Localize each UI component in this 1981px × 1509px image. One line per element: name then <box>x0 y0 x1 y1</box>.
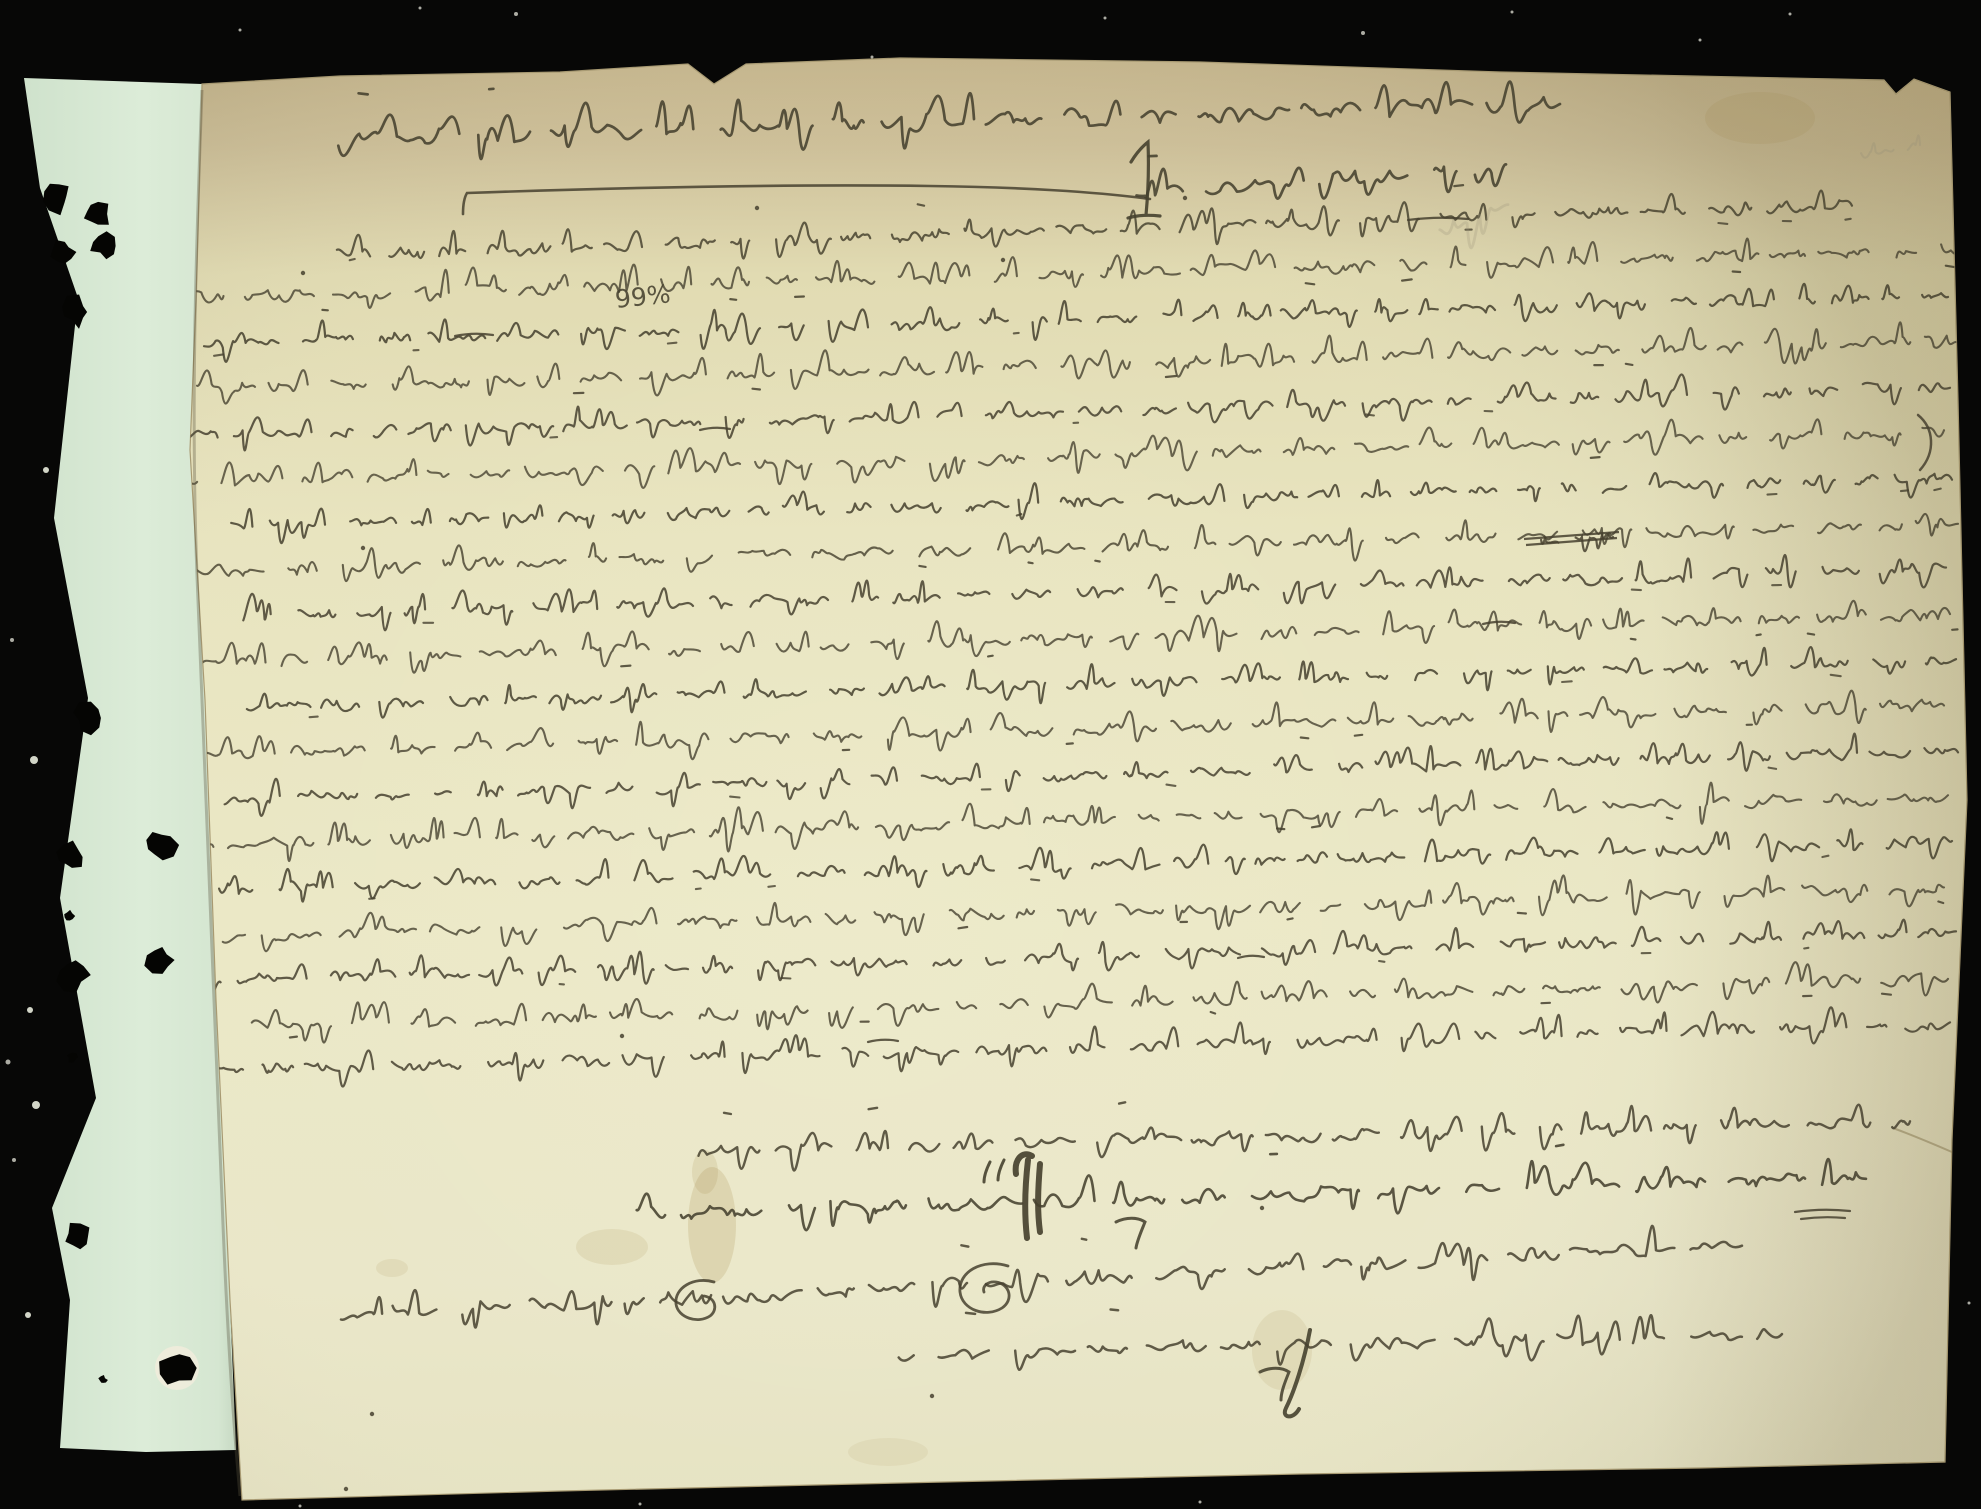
paper-edge-shading <box>190 58 1967 1500</box>
dust-speck <box>12 1158 16 1162</box>
dust-speck <box>1968 1302 1971 1305</box>
ink-stain <box>692 1150 718 1194</box>
dust-speck <box>6 1060 11 1065</box>
dust-speck <box>239 29 242 32</box>
ink-stain <box>1252 1310 1312 1390</box>
dust-speck <box>1361 31 1365 35</box>
dust-speck <box>419 7 422 10</box>
dust-speck <box>1789 13 1792 16</box>
dust-speck <box>299 1505 302 1508</box>
ink-stain <box>376 1259 408 1277</box>
ink-stain <box>576 1229 648 1265</box>
dust-speck <box>10 638 14 642</box>
torn-edge-chip <box>32 1101 40 1109</box>
ink-dot <box>1260 1206 1264 1210</box>
dust-speck <box>1511 11 1514 14</box>
dust-speck <box>1699 39 1702 42</box>
ink-dot <box>370 1412 374 1416</box>
torn-edge-chip <box>30 756 38 764</box>
dust-speck <box>514 12 518 16</box>
ink-dot <box>361 546 365 550</box>
dust-speck <box>639 1503 642 1506</box>
ink-dot <box>620 1034 624 1038</box>
ink-dot <box>344 1487 348 1491</box>
legible-fragment: 99% <box>614 279 672 314</box>
ink-dot <box>1183 196 1187 200</box>
dust-speck <box>1104 17 1107 20</box>
torn-edge-chip <box>43 467 49 473</box>
ink-stain <box>848 1438 928 1466</box>
ink-stain <box>1705 92 1815 144</box>
torn-edge-chip <box>27 1007 33 1013</box>
dust-speck <box>1199 1501 1202 1504</box>
ink-dot <box>930 1394 934 1398</box>
photographed-manuscript: 99% Handwriting is cursive Yiddish and l… <box>0 0 1981 1509</box>
dust-speck <box>871 56 874 59</box>
ink-dot <box>755 206 759 210</box>
manuscript-scan: 99% <box>0 0 1981 1509</box>
ink-dot <box>301 271 305 275</box>
ink-dot <box>1001 258 1005 262</box>
torn-edge-chip <box>25 1312 31 1318</box>
